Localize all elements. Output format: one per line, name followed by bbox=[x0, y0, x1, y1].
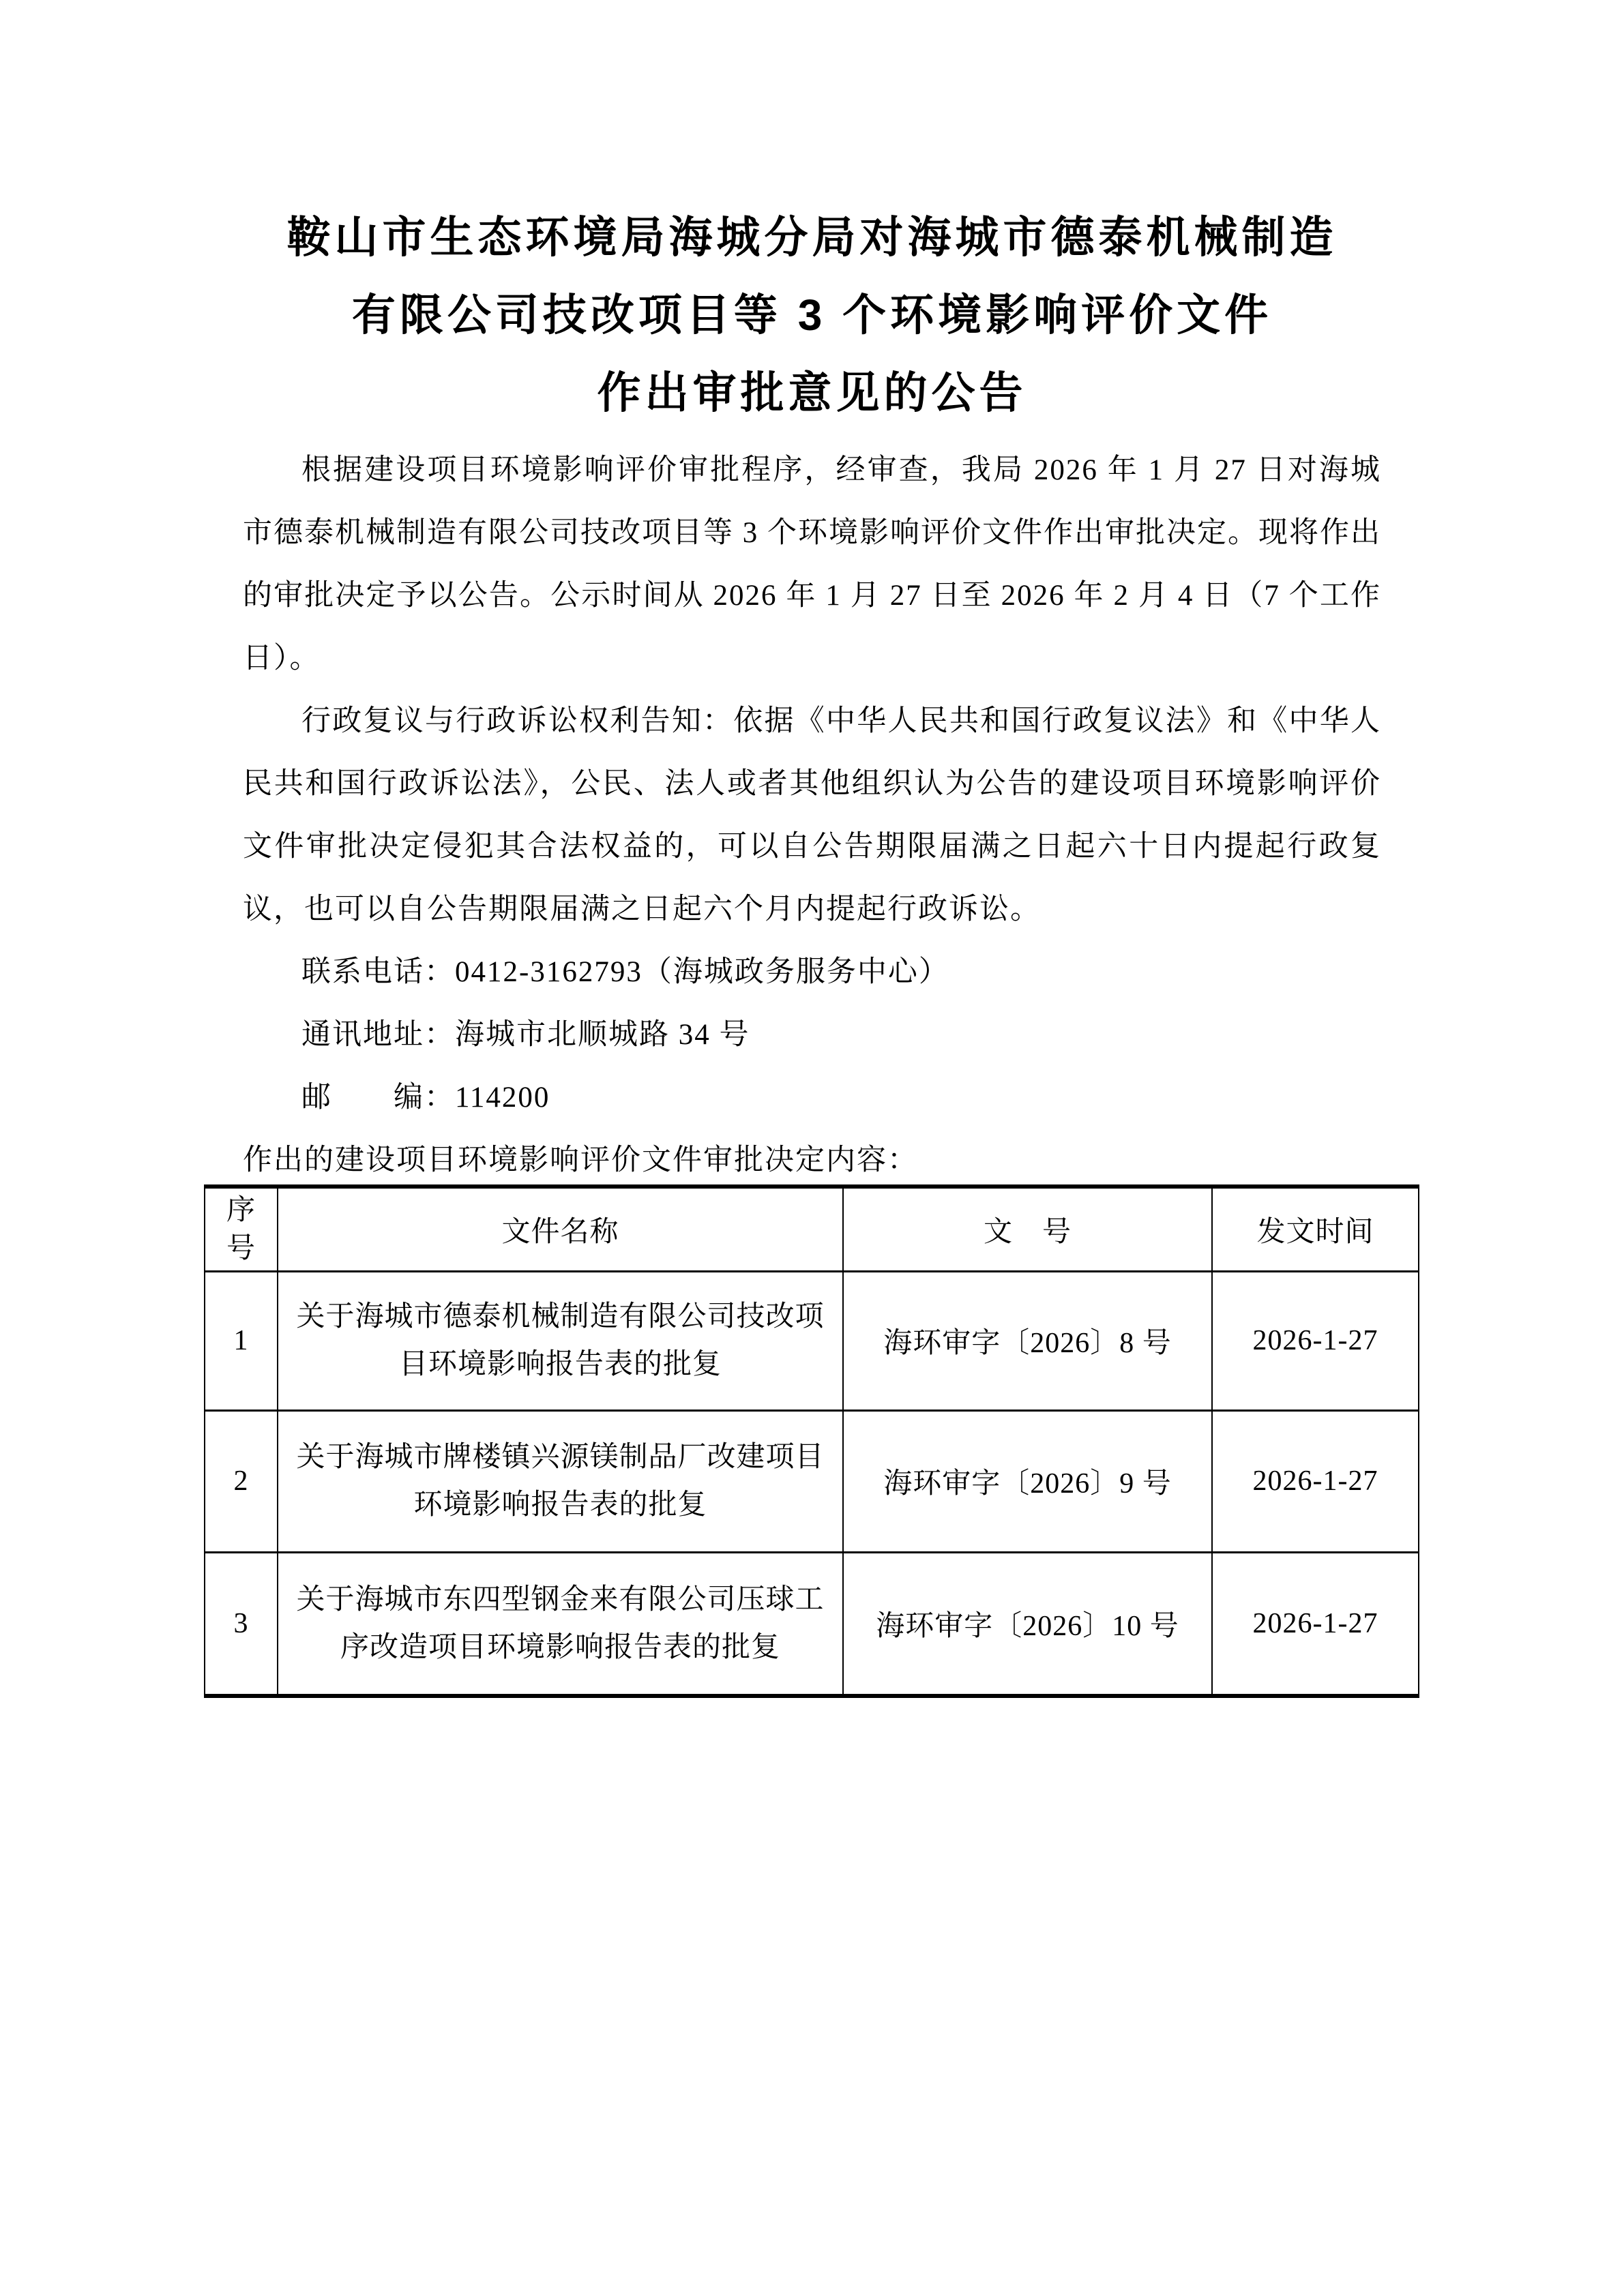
paragraph-approval-decision: 根据建设项目环境影响评价审批程序，经审查，我局 2026 年 1 月 27 日对… bbox=[243, 439, 1381, 690]
postal-code-line: 邮 编：114200 bbox=[243, 1067, 1381, 1129]
column-header-seq: 序 号 bbox=[205, 1187, 278, 1271]
paragraph-legal-rights-notice: 行政复议与行政诉讼权利告知：依据《中华人民共和国行政复议法》和《中华人民共和国行… bbox=[243, 690, 1381, 941]
row-1-doc-number: 海环审字〔2026〕8 号 bbox=[843, 1271, 1212, 1410]
title-line-2: 有限公司技改项目等 3 个环境影响评价文件 bbox=[243, 276, 1381, 354]
column-header-doc-name: 文件名称 bbox=[278, 1187, 843, 1271]
column-header-doc-number: 文 号 bbox=[843, 1187, 1212, 1271]
page-title: 鞍山市生态环境局海城分局对海城市德泰机械制造 有限公司技改项目等 3 个环境影响… bbox=[243, 198, 1381, 432]
table-row: 3 关于海城市东四型钢金来有限公司压球工序改造项目环境影响报告表的批复 海环审字… bbox=[205, 1552, 1419, 1696]
announcement-page: 鞍山市生态环境局海城分局对海城市德泰机械制造 有限公司技改项目等 3 个环境影响… bbox=[0, 0, 1624, 2296]
row-2-seq: 2 bbox=[205, 1410, 278, 1552]
body-text: 根据建设项目环境影响评价审批程序，经审查，我局 2026 年 1 月 27 日对… bbox=[243, 439, 1381, 1192]
column-header-issue-date: 发文时间 bbox=[1212, 1187, 1419, 1271]
contact-phone-line: 联系电话：0412-3162793（海城政务服务中心） bbox=[243, 941, 1381, 1004]
table-intro-line: 作出的建设项目环境影响评价文件审批决定内容： bbox=[243, 1129, 1381, 1192]
table-row: 1 关于海城市德泰机械制造有限公司技改项目环境影响报告表的批复 海环审字〔202… bbox=[205, 1271, 1419, 1410]
row-3-seq: 3 bbox=[205, 1552, 278, 1696]
row-3-doc-name: 关于海城市东四型钢金来有限公司压球工序改造项目环境影响报告表的批复 bbox=[278, 1552, 843, 1696]
table-header-row: 序 号 文件名称 文 号 发文时间 bbox=[205, 1187, 1419, 1271]
approval-decisions-table: 序 号 文件名称 文 号 发文时间 1 关于海城市德泰机械制造有限公司技改项目环… bbox=[204, 1184, 1419, 1698]
contact-address-line: 通讯地址：海城市北顺城路 34 号 bbox=[243, 1004, 1381, 1067]
row-1-issue-date: 2026-1-27 bbox=[1212, 1271, 1419, 1410]
row-1-seq: 1 bbox=[205, 1271, 278, 1410]
row-2-issue-date: 2026-1-27 bbox=[1212, 1410, 1419, 1552]
row-3-doc-number: 海环审字〔2026〕10 号 bbox=[843, 1552, 1212, 1696]
row-2-doc-name: 关于海城市牌楼镇兴源镁制品厂改建项目环境影响报告表的批复 bbox=[278, 1410, 843, 1552]
row-3-issue-date: 2026-1-27 bbox=[1212, 1552, 1419, 1696]
row-2-doc-number: 海环审字〔2026〕9 号 bbox=[843, 1410, 1212, 1552]
table-row: 2 关于海城市牌楼镇兴源镁制品厂改建项目环境影响报告表的批复 海环审字〔2026… bbox=[205, 1410, 1419, 1552]
title-line-1: 鞍山市生态环境局海城分局对海城市德泰机械制造 bbox=[243, 198, 1381, 276]
title-line-3: 作出审批意见的公告 bbox=[243, 354, 1381, 432]
row-1-doc-name: 关于海城市德泰机械制造有限公司技改项目环境影响报告表的批复 bbox=[278, 1271, 843, 1410]
